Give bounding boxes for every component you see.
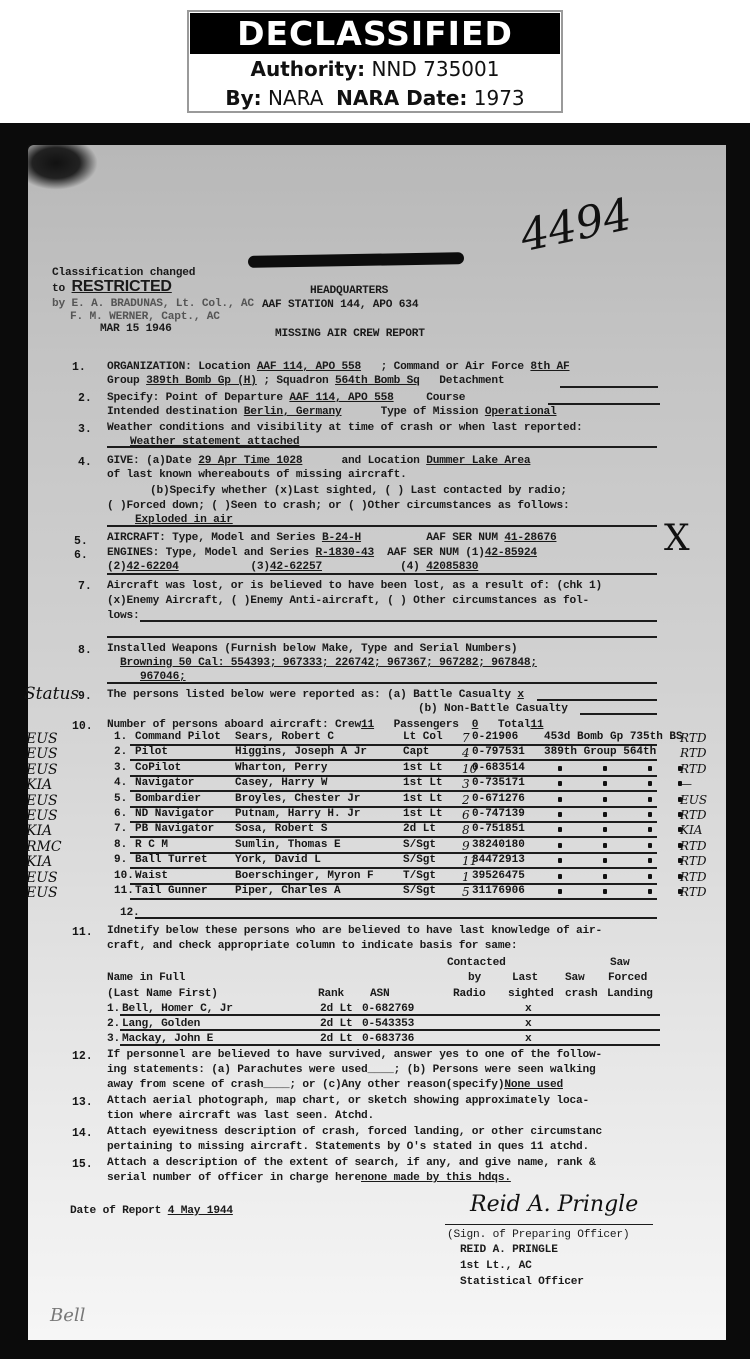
crew-order-mark: 3 xyxy=(462,777,470,791)
crew-status-note: EUS xyxy=(26,808,58,824)
rule xyxy=(107,636,657,638)
item14-line2: pertaining to missing aircraft. Statemen… xyxy=(107,1140,589,1154)
crew-rank: S/Sgt xyxy=(403,885,436,897)
ditto-mark xyxy=(648,797,652,802)
crew-position: Pilot xyxy=(135,746,168,758)
stamp-authority: Authority: NND 735001 xyxy=(189,55,561,84)
crew-order-mark: 7 xyxy=(462,731,470,745)
crew-name: Higgins, Joseph A Jr xyxy=(235,746,367,758)
crew-status-note: EUS xyxy=(26,731,58,747)
ditto-mark xyxy=(603,766,607,771)
crew-serial: 39526475 xyxy=(472,870,525,882)
battle-casualty-field xyxy=(537,699,657,701)
crew-result: RTD xyxy=(680,731,706,745)
ditto-mark xyxy=(648,766,652,771)
ditto-mark xyxy=(648,812,652,817)
crew-rank: Capt xyxy=(403,746,429,758)
item2-line2: Intended destination Berlin, Germany Typ… xyxy=(107,405,557,419)
col-header: sighted xyxy=(508,987,554,1001)
crew-rank: 1st Lt xyxy=(403,793,443,805)
ditto-mark xyxy=(678,858,682,863)
crew-rank: 1st Lt xyxy=(403,808,443,820)
crew-status-note: EUS xyxy=(26,793,58,809)
officer-rank: 1st Lt., AC xyxy=(460,1259,532,1273)
ditto-mark xyxy=(558,874,562,879)
item11-line2: craft, and check appropriate column to i… xyxy=(107,939,517,953)
item8-label: Installed Weapons (Furnish below Make, T… xyxy=(107,642,517,656)
crew-number: 11. xyxy=(114,885,134,897)
crew-serial: 0-671276 xyxy=(472,793,525,805)
crew-serial: 31176906 xyxy=(472,885,525,897)
rule xyxy=(130,898,657,900)
crew-name: Putnam, Harry H. Jr xyxy=(235,808,360,820)
rule xyxy=(120,1014,660,1016)
item12-line3: away from scene of crash____; or (c)Any … xyxy=(107,1078,563,1092)
item12-line2: ing statements: (a) Parachutes were used… xyxy=(107,1063,596,1077)
crew-number: 3. xyxy=(114,762,127,774)
item2-line1: Specify: Point of Departure AAF 114, APO… xyxy=(107,391,465,405)
rule xyxy=(107,446,657,448)
crew-status-note: EUS xyxy=(26,870,58,886)
col-header: Saw xyxy=(610,956,630,970)
ditto-mark xyxy=(558,797,562,802)
crew-name: Wharton, Perry xyxy=(235,762,327,774)
col-header: Radio xyxy=(453,987,486,1001)
crew-status-note: EUS xyxy=(26,885,58,901)
ditto-mark xyxy=(648,843,652,848)
ditto-mark xyxy=(558,812,562,817)
ditto-mark xyxy=(603,889,607,894)
item-number: 3. xyxy=(78,423,92,436)
stamp-by: By: NARA NARA Date: 1973 xyxy=(189,84,561,113)
ditto-mark xyxy=(603,843,607,848)
date-of-report: Date of Report 4 May 1944 xyxy=(70,1204,233,1218)
item-number: 6. xyxy=(74,549,88,562)
col-header: Landing xyxy=(607,987,653,1001)
crew-serial: 0-751851 xyxy=(472,823,525,835)
item4-line1: GIVE: (a)Date 29 Apr Time 1028 and Locat… xyxy=(107,454,530,468)
ditto-mark xyxy=(558,843,562,848)
officer-signature: Reid A. Pringle xyxy=(470,1192,638,1217)
witness-number: 2. xyxy=(107,1017,120,1031)
crew-order-mark: 9 xyxy=(462,839,470,853)
crew-number: 7. xyxy=(114,823,127,835)
crew-position: ND Navigator xyxy=(135,808,214,820)
crew-name: Casey, Harry W xyxy=(235,777,327,789)
ditto-mark xyxy=(603,812,607,817)
crew-rank: 1st Lt xyxy=(403,762,443,774)
crew-name: Piper, Charles A xyxy=(235,885,341,897)
declassified-stamp: DECLASSIFIED Authority: NND 735001 By: N… xyxy=(187,10,563,113)
ditto-mark xyxy=(603,827,607,832)
rule xyxy=(120,1044,660,1046)
crew-rank: T/Sgt xyxy=(403,870,436,882)
rule xyxy=(135,917,657,919)
sign-label: (Sign. of Preparing Officer) xyxy=(447,1228,629,1242)
col-header: Contacted xyxy=(447,956,506,970)
declass-date: MAR 15 1946 xyxy=(100,322,172,336)
ditto-mark xyxy=(558,781,562,786)
item-number: 12. xyxy=(72,1050,93,1063)
witness-number: 1. xyxy=(107,1002,120,1016)
crew-name: Sears, Robert C xyxy=(235,731,334,743)
signature-line xyxy=(445,1224,653,1225)
crew-name: Broyles, Chester Jr xyxy=(235,793,360,805)
officer-title: Statistical Officer xyxy=(460,1275,584,1289)
crew-number: 10. xyxy=(114,870,134,882)
crew-number: 5. xyxy=(114,793,127,805)
rule xyxy=(130,775,657,777)
col-header: Name in Full xyxy=(107,971,185,985)
ditto-mark xyxy=(558,827,562,832)
item-number: 14. xyxy=(72,1127,93,1140)
crew-result: RTD xyxy=(680,870,706,884)
item4-line3: (b)Specify whether (x)Last sighted, ( ) … xyxy=(150,484,567,498)
ditto-mark xyxy=(603,781,607,786)
crew-serial: 0-797531 xyxy=(472,746,525,758)
ditto-mark xyxy=(678,812,682,817)
rule xyxy=(140,620,657,622)
crew-position: R C M xyxy=(135,839,168,851)
item10-line: Number of persons aboard aircraft: Crew1… xyxy=(107,718,543,732)
ditto-mark xyxy=(603,858,607,863)
col-header: ASN xyxy=(370,987,390,1001)
item4-line2: of last known whereabouts of missing air… xyxy=(107,468,407,482)
declass-by-1: by E. A. BRADUNAS, Lt. Col., AC xyxy=(52,297,254,311)
classification-to: to RESTRICTED xyxy=(52,280,172,296)
item-number: 9. xyxy=(78,690,92,703)
crew-position: CoPilot xyxy=(135,762,181,774)
item15-line2: serial number of officer in charge heren… xyxy=(107,1171,511,1185)
crew-result: RTD xyxy=(680,885,706,899)
crew-result: EUS xyxy=(680,793,707,807)
ditto-mark xyxy=(678,827,682,832)
crew-unit: 389th Group 564th xyxy=(544,746,656,758)
corner-stain xyxy=(28,145,98,190)
rule xyxy=(130,790,657,792)
item1-line1: ORGANIZATION: Location AAF 114, APO 558 … xyxy=(107,360,570,374)
rule xyxy=(107,682,657,684)
item8-weapons-1: Browning 50 Cal: 554393; 967333; 226742;… xyxy=(120,656,537,670)
corner-note: Bell xyxy=(50,1305,85,1326)
ditto-mark xyxy=(558,889,562,894)
item7-line1: Aircraft was lost, or is believed to hav… xyxy=(107,579,602,593)
crew-unit: 453d Bomb Gp 735th BS xyxy=(544,731,683,743)
item-number: 15. xyxy=(72,1158,93,1171)
crew-result: KIA xyxy=(680,823,702,837)
col-header: Last xyxy=(512,971,538,985)
crew-number: 6. xyxy=(114,808,127,820)
rule xyxy=(107,573,657,575)
crew-result: RTD xyxy=(680,839,706,853)
crew-status-note: KIA xyxy=(26,777,52,793)
col-header: crash xyxy=(565,987,598,1001)
witness-number: 3. xyxy=(107,1032,120,1046)
item4-line4: ( )Forced down; ( )Seen to crash; or ( )… xyxy=(107,499,569,513)
item13-line1: Attach aerial photograph, map chart, or … xyxy=(107,1094,589,1108)
crew-serial: 0-747139 xyxy=(472,808,525,820)
crew-order-mark: 4 xyxy=(462,746,470,760)
rule xyxy=(107,525,657,527)
ditto-mark xyxy=(648,781,652,786)
item11-line1: Idnetify below these persons who are bel… xyxy=(107,924,602,938)
headquarters: HEADQUARTERS xyxy=(310,284,388,298)
item6-line1: ENGINES: Type, Model and Series R-1830-4… xyxy=(107,546,537,560)
crew-name: Sosa, Robert S xyxy=(235,823,327,835)
crew-order-mark: 2 xyxy=(462,793,470,807)
item-number: 13. xyxy=(72,1096,93,1109)
item13-line2: tion where aircraft was last seen. Atchd… xyxy=(107,1109,374,1123)
item14-line1: Attach eyewitness description of crash, … xyxy=(107,1125,602,1139)
crew-status-note: EUS xyxy=(26,746,58,762)
crew-result: RTD xyxy=(680,854,706,868)
ditto-mark xyxy=(678,781,682,786)
item-number: 7. xyxy=(78,580,92,593)
item-number: 10. xyxy=(72,720,93,733)
crew-serial: 0-735171 xyxy=(472,777,525,789)
non-battle-field xyxy=(580,713,657,715)
crew-number: 4. xyxy=(114,777,127,789)
stamp-title: DECLASSIFIED xyxy=(190,13,560,54)
crew-serial: 0-683514 xyxy=(472,762,525,774)
item9-line2: (b) Non-Battle Casualty xyxy=(418,702,568,716)
col-header: Rank xyxy=(318,987,344,1001)
crew-status-note: RMC xyxy=(26,839,62,855)
crew-name: Boerschinger, Myron F xyxy=(235,870,374,882)
item7-line2: (x)Enemy Aircraft, ( )Enemy Anti-aircraf… xyxy=(107,594,589,608)
crew-name: York, David L xyxy=(235,854,321,866)
item-number: 5. xyxy=(74,535,88,548)
report-title: MISSING AIR CREW REPORT xyxy=(275,327,425,341)
crew-position: Waist xyxy=(135,870,168,882)
crew-rank: S/Sgt xyxy=(403,839,436,851)
crew-rank: 1st Lt xyxy=(403,777,443,789)
check-mark: X xyxy=(664,518,690,559)
course-field xyxy=(548,403,660,405)
crew-status-note: KIA xyxy=(26,854,52,870)
crew-number: 1. xyxy=(114,731,127,743)
crew-position: Navigator xyxy=(135,777,194,789)
crew-order-mark: 8 xyxy=(462,823,470,837)
item-number: 1. xyxy=(72,361,86,374)
crew-number: 9. xyxy=(114,854,127,866)
item-number: 8. xyxy=(78,644,92,657)
crew-status-note: KIA xyxy=(26,823,52,839)
crew-result: RTD xyxy=(680,808,706,822)
item1-line2: Group 389th Bomb Gp (H) ; Squadron 564th… xyxy=(107,374,504,388)
crew-result: RTD xyxy=(680,762,706,776)
crew-number: 2. xyxy=(114,746,127,758)
col-header: Saw xyxy=(565,971,585,985)
crew-rank: 2d Lt xyxy=(403,823,436,835)
rule xyxy=(130,759,657,761)
ditto-mark xyxy=(558,766,562,771)
ditto-mark xyxy=(558,858,562,863)
crew-order-mark: 5 xyxy=(462,885,470,899)
rule xyxy=(120,1029,660,1031)
crew-position: Command Pilot xyxy=(135,731,221,743)
rule xyxy=(130,836,657,838)
item7-line3: lows: xyxy=(107,609,140,623)
item15-line1: Attach a description of the extent of se… xyxy=(107,1156,596,1170)
crew-rank: Lt Col xyxy=(403,731,443,743)
rule xyxy=(130,867,657,869)
crew-order-mark: 1 xyxy=(462,870,470,884)
crew-result: RTD xyxy=(680,746,706,760)
crew-serial: 0-21906 xyxy=(472,731,518,743)
crew-position: PB Navigator xyxy=(135,823,214,835)
detachment-field xyxy=(560,386,658,388)
item12-line1: If personnel are believed to have surviv… xyxy=(107,1048,602,1062)
item3-label: Weather conditions and visibility at tim… xyxy=(107,421,583,435)
crew-position: Tail Gunner xyxy=(135,885,208,897)
crew-order-mark: 6 xyxy=(462,808,470,822)
ditto-mark xyxy=(678,874,682,879)
station: AAF STATION 144, APO 634 xyxy=(262,298,418,312)
officer-name: REID A. PRINGLE xyxy=(460,1243,558,1257)
ditto-mark xyxy=(648,858,652,863)
crew-serial: 38240180 xyxy=(472,839,525,851)
crew-status-note: EUS xyxy=(26,762,58,778)
crew-name: Sumlin, Thomas E xyxy=(235,839,341,851)
ditto-mark xyxy=(603,797,607,802)
col-header: (Last Name First) xyxy=(107,987,218,1001)
ditto-mark xyxy=(678,766,682,771)
col-header: by xyxy=(468,971,481,985)
ditto-mark xyxy=(678,889,682,894)
col-header: Forced xyxy=(608,971,647,985)
item9-line1: The persons listed below were reported a… xyxy=(107,688,524,702)
item-number: 11. xyxy=(72,926,93,939)
ditto-mark xyxy=(648,874,652,879)
rule xyxy=(130,883,657,885)
crew-serial: 34472913 xyxy=(472,854,525,866)
item-number: 4. xyxy=(78,456,92,469)
crew-position: Bombardier xyxy=(135,793,201,805)
rule xyxy=(130,852,657,854)
ditto-mark xyxy=(603,874,607,879)
ditto-mark xyxy=(678,843,682,848)
item-number: 2. xyxy=(78,392,92,405)
item5-line: AIRCRAFT: Type, Model and Series B-24-H … xyxy=(107,531,556,545)
crew-position: Ball Turret xyxy=(135,854,208,866)
status-note: Status xyxy=(24,684,79,704)
item6-line2: (2)42-62204 (3)42-62257 (4) 42085830 xyxy=(107,560,478,574)
ditto-mark xyxy=(648,889,652,894)
crew-number: 8. xyxy=(114,839,127,851)
ditto-mark xyxy=(678,797,682,802)
crew-rank: S/Sgt xyxy=(403,854,436,866)
ditto-mark xyxy=(648,827,652,832)
